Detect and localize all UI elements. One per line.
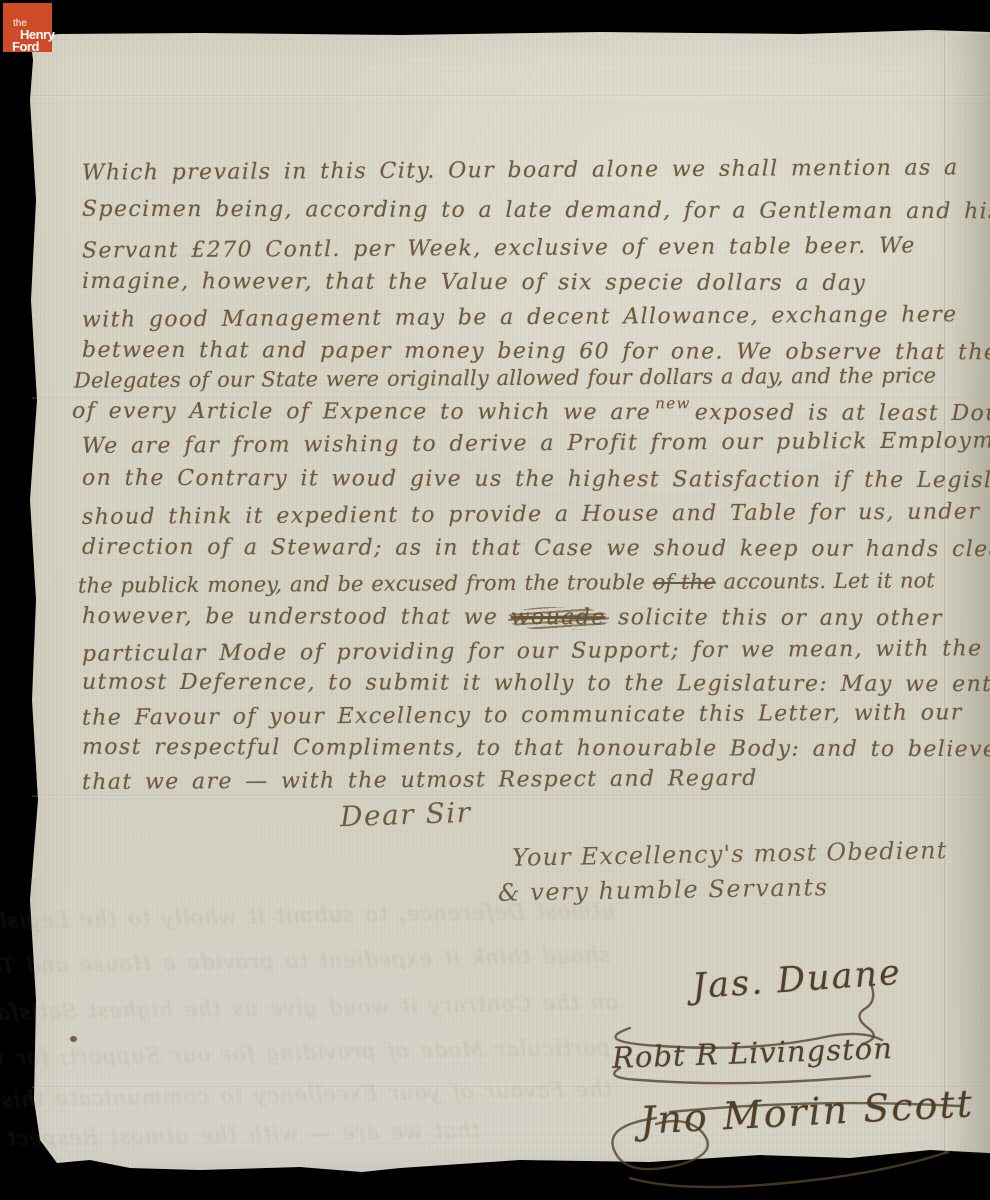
- letter-line-16: utmost Deference, to submit it wholly to…: [82, 670, 990, 698]
- line-14-pre: however, be understood that we: [82, 604, 511, 630]
- letter-line-8: of every Article of Expence to which we …: [72, 399, 990, 427]
- document-scan: utmost Deference, to submit it wholly to…: [0, 0, 990, 1200]
- letter-line-13: the publick money, and be excused from t…: [78, 568, 935, 597]
- letter-line-9: We are far from wishing to derive a Prof…: [82, 428, 990, 459]
- signature-robt-livingston: Robt R Livingston: [611, 1031, 893, 1075]
- line-8-post: exposed is at least Double.: [695, 400, 990, 426]
- letter-line-3: Servant £270 Contl. per Week, exclusive …: [82, 233, 916, 263]
- henry-ford-logo: the Henry Ford: [3, 3, 52, 52]
- inserted-word-new: new: [655, 394, 691, 412]
- line-13-pre: the publick money, and be excused from t…: [78, 570, 653, 598]
- letter-body: Which prevails in this City. Our board a…: [0, 0, 990, 1200]
- letter-line-6: between that and paper money being 60 fo…: [82, 338, 990, 365]
- scribbled-out-word: wouade: [511, 605, 606, 630]
- line-14-post: solicite this or any other: [606, 605, 943, 631]
- letter-line-19: that we are — with the utmost Respect an…: [82, 766, 758, 795]
- salutation: Dear Sir: [339, 796, 472, 834]
- closing-line-1: Your Excellency's most Obedient: [512, 836, 948, 872]
- line-8-pre: of every Article of Expence to which we …: [72, 399, 651, 426]
- letter-line-18: most respectful Compliments, to that hon…: [82, 735, 990, 762]
- letter-line-1: Which prevails in this City. Our board a…: [82, 155, 959, 185]
- letter-line-17: the Favour of your Excellency to communi…: [82, 700, 963, 730]
- letter-line-4: imagine, however, that the Value of six …: [82, 269, 866, 296]
- letter-line-14: however, be understood that we wouade so…: [82, 604, 943, 631]
- letter-line-10: on the Contrary it woud give us the high…: [82, 466, 990, 494]
- closing-line-2: & very humble Servants: [498, 873, 829, 907]
- signature-jno-morin-scott: Jno Morin Scott: [639, 1081, 975, 1142]
- signature-jas-duane: Jas. Duane: [691, 953, 903, 1008]
- letter-line-2: Specimen being, according to a late dema…: [82, 197, 990, 224]
- letter-line-15: particular Mode of providing for our Sup…: [82, 636, 983, 667]
- struck-out-words: of the: [653, 570, 716, 594]
- letter-line-5: with good Management may be a decent All…: [82, 302, 958, 332]
- logo-text-ford: Ford: [12, 40, 39, 53]
- letter-line-12: direction of a Steward; as in that Case …: [82, 535, 990, 563]
- letter-line-7: Delegates of our State were originally a…: [74, 363, 936, 392]
- line-13-post: accounts. Let it not: [716, 568, 935, 593]
- letter-line-11: shoud think it expedient to provide a Ho…: [82, 499, 990, 530]
